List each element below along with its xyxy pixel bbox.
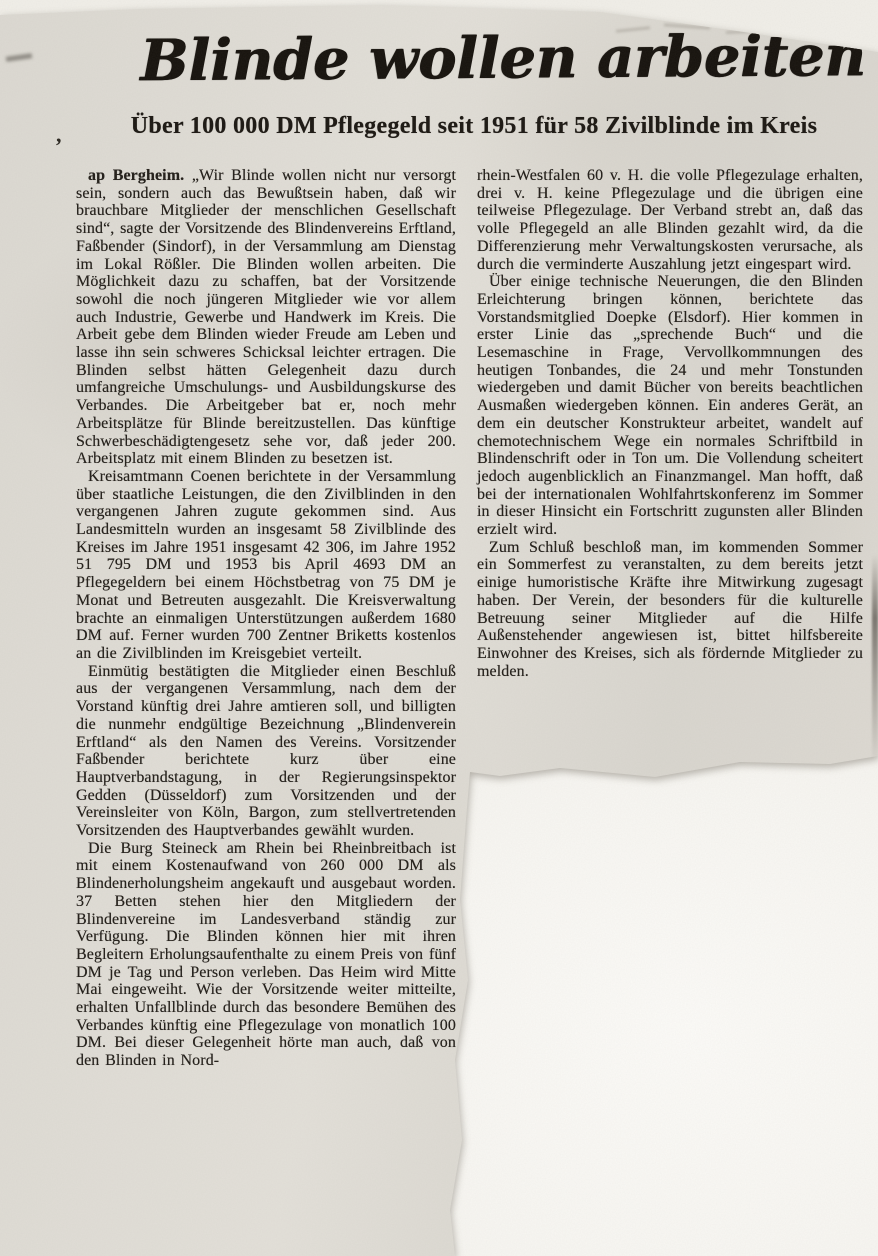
- scanned-page: { "colors": { "clipping_paper": "#dedbd4…: [0, 0, 878, 1256]
- faint-pencil-marks: [608, 22, 788, 42]
- article-paragraph: Einmütig bestätigten die Mitglieder eine…: [76, 663, 456, 840]
- edge-smudge: [872, 555, 878, 765]
- newspaper-clipping: Blinde wollen arbeiten Über 100 000 DM P…: [0, 0, 878, 1256]
- stray-comma-mark: ,: [56, 122, 62, 148]
- article-paragraph: Zum Schluß beschloß man, im kommenden So…: [477, 539, 863, 681]
- article-paragraph: Über einige technische Neuerungen, die d…: [477, 273, 863, 539]
- article-paragraph: Die Burg Steineck am Rhein bei Rheinbrei…: [76, 840, 456, 1070]
- article-column-left: ap Bergheim. „Wir Blinde wollen nicht nu…: [76, 167, 456, 1070]
- article-paragraph: ap Bergheim. „Wir Blinde wollen nicht nu…: [76, 167, 456, 468]
- article-paragraph: Kreisamtmann Coenen berichtete in der Ve…: [76, 468, 456, 663]
- article-column-right: rhein-Westfalen 60 v. H. die volle Pfleg…: [477, 167, 863, 680]
- article-paragraph: rhein-Westfalen 60 v. H. die volle Pfleg…: [477, 167, 863, 273]
- ink-smudge: [6, 53, 32, 62]
- dateline-lead: ap Bergheim.: [88, 167, 192, 184]
- subheadline: Über 100 000 DM Pflegegeld seit 1951 für…: [86, 113, 862, 141]
- clipping-shadow-wrapper: Blinde wollen arbeiten Über 100 000 DM P…: [0, 0, 878, 1256]
